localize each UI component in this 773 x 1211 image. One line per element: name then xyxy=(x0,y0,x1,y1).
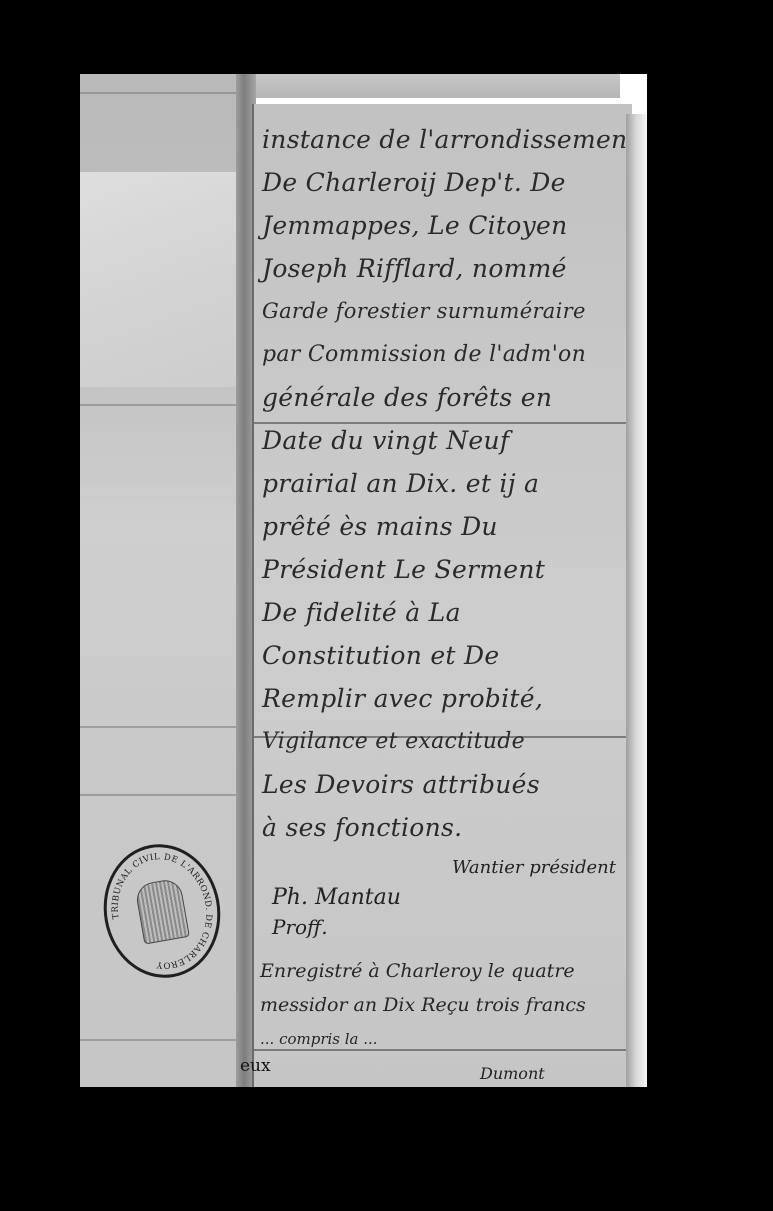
court-seal-stamp: TRIBUNAL CIVIL DE L'ARROND. DE CHARLEROY xyxy=(93,835,231,987)
fold-line xyxy=(80,404,240,406)
text-line: Vigilance et exactitude xyxy=(262,720,628,763)
svg-text:TRIBUNAL CIVIL DE L'ARROND. DE: TRIBUNAL CIVIL DE L'ARROND. DE CHARLEROY xyxy=(101,844,222,978)
fold-line xyxy=(80,92,240,94)
signature-block: Wantier président Ph. Mantau Proff. xyxy=(262,849,628,909)
text-line: Président Le Serment xyxy=(262,548,628,591)
light-paper-patch xyxy=(80,172,242,387)
text-line: Les Devoirs attribués xyxy=(262,763,628,806)
text-line: Jemmappes, Le Citoyen xyxy=(262,204,628,247)
scanned-document: TRIBUNAL CIVIL DE L'ARROND. DE CHARLEROY… xyxy=(80,74,647,1087)
text-line: De Charleroij Dep't. De xyxy=(262,161,628,204)
text-line: Garde forestier surnuméraire xyxy=(262,290,628,333)
text-line: Remplir avec probité, xyxy=(262,677,628,720)
president-signature: Wantier président xyxy=(452,857,616,878)
text-line: générale des forêts en xyxy=(262,376,628,419)
registration-line: ... compris la ... xyxy=(260,1022,626,1056)
fold-line xyxy=(80,1039,240,1041)
left-folded-panel: TRIBUNAL CIVIL DE L'ARROND. DE CHARLEROY xyxy=(80,74,248,1087)
registration-line: Enregistré à Charleroy le quatre xyxy=(260,954,626,988)
registrar-signature: Dumont xyxy=(480,1064,545,1083)
main-page: instance de l'arrondissement De Charlero… xyxy=(252,104,632,1087)
clerk-title: Proff. xyxy=(272,915,328,939)
clerk-signature: Ph. Mantau xyxy=(272,885,401,910)
text-line: Date du vingt Neuf xyxy=(262,419,628,462)
seal-ring-text-icon: TRIBUNAL CIVIL DE L'ARROND. DE CHARLEROY xyxy=(97,838,228,983)
text-line: prêté ès mains Du xyxy=(262,505,628,548)
text-line: Joseph Rifflard, nommé xyxy=(262,247,628,290)
registration-line: messidor an Dix Reçu trois francs xyxy=(260,988,626,1022)
text-line: prairial an Dix. et ij a xyxy=(262,462,628,505)
text-line: instance de l'arrondissement xyxy=(262,118,628,161)
page-edge-shadow xyxy=(626,114,647,1087)
text-line: à ses fonctions. xyxy=(262,806,628,849)
registration-note: Enregistré à Charleroy le quatre messido… xyxy=(260,954,626,1056)
stub-fragment-text: eux xyxy=(240,1056,271,1076)
text-line: Constitution et De xyxy=(262,634,628,677)
fold-line xyxy=(80,726,240,728)
fold-line xyxy=(80,794,240,796)
text-line: De fidelité à La xyxy=(262,591,628,634)
text-line: par Commission de l'adm'on xyxy=(262,333,628,376)
oath-text: instance de l'arrondissement De Charlero… xyxy=(262,118,628,909)
